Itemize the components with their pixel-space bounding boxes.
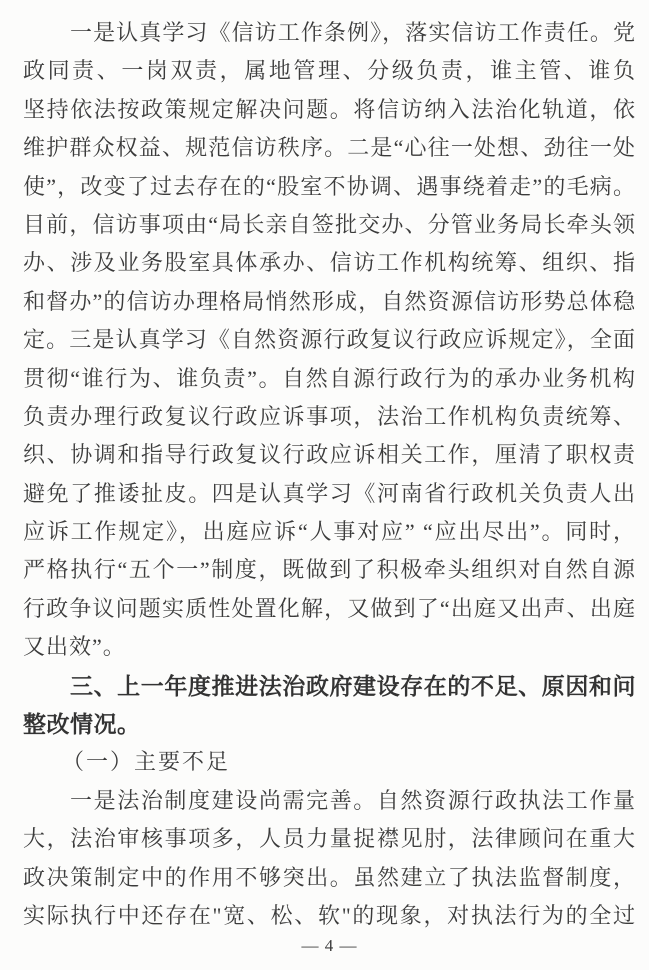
text-line: 使”，改变了过去存在的“股室不协调、遇事绕着走”的毛病。: [23, 168, 636, 206]
text-line: 和督办”的信访办理格局悄然形成，自然资源信访形势总体稳: [23, 283, 636, 321]
text-line: 目前，信访事项由“局长亲自签批交办、分管业务局长牵头领: [23, 206, 636, 244]
document-page: 一是认真学习《信访工作条例》，落实信访工作责任。党政同责、一岗双责，属地管理、分…: [0, 0, 649, 970]
text-line: 应诉工作规定》，出庭应诉“人事对应” “应出尽出”。同时，: [23, 513, 636, 551]
text-line: 政同责、一岗双责，属地管理、分级负责，谁主管、谁负责。: [23, 52, 636, 90]
text-line: 织、协调和指导行政复议行政应诉相关工作，厘清了职权责任，: [23, 436, 636, 474]
text-line: 一是法治制度建设尚需完善。自然资源行政执法工作量较: [23, 782, 636, 820]
page-number: — 4 —: [23, 936, 636, 956]
text-line: 行政争议问题实质性处置化解，又做到了“出庭又出声、出庭: [23, 590, 636, 628]
text-line: 负责办理行政复议行政应诉事项，法治工作机构负责统筹、组: [23, 398, 636, 436]
text-line: 定。三是认真学习《自然资源行政复议行政应诉规定》，全面: [23, 321, 636, 359]
text-content: 一是认真学习《信访工作条例》，落实信访工作责任。党政同责、一岗双责，属地管理、分…: [23, 14, 636, 935]
text-line: 实际执行中还存在"宽、松、软"的现象，对执法行为的全过程: [23, 897, 636, 935]
text-line: 办、涉及业务股室具体承办、信访工作机构统筹、组织、指导: [23, 244, 636, 282]
text-line: 一是认真学习《信访工作条例》，落实信访工作责任。党: [23, 14, 636, 52]
text-line: 坚持依法按政策规定解决问题。将信访纳入法治化轨道，依法: [23, 91, 636, 129]
text-line: 贯彻“谁行为、谁负责”。自然自源行政行为的承办业务机构: [23, 360, 636, 398]
text-line: 避免了推诿扯皮。四是认真学习《河南省行政机关负责人出庭: [23, 475, 636, 513]
text-line: 三、上一年度推进法治政府建设存在的不足、原因和问题: [23, 667, 636, 705]
text-line: 整改情况。: [23, 705, 636, 743]
text-line: 维护群众权益、规范信访秩序。二是“心往一处想、劲往一处: [23, 129, 636, 167]
text-line: 政决策制定中的作用不够突出。虽然建立了执法监督制度，但: [23, 859, 636, 897]
text-line: 又出效”。: [23, 628, 636, 666]
text-line: 大，法治审核事项多，人员力量捉襟见肘，法律顾问在重大行: [23, 820, 636, 858]
text-line: 严格执行“五个一”制度，既做到了积极牵头组织对自然自源: [23, 551, 636, 589]
text-line: （一）主要不足: [23, 743, 636, 781]
